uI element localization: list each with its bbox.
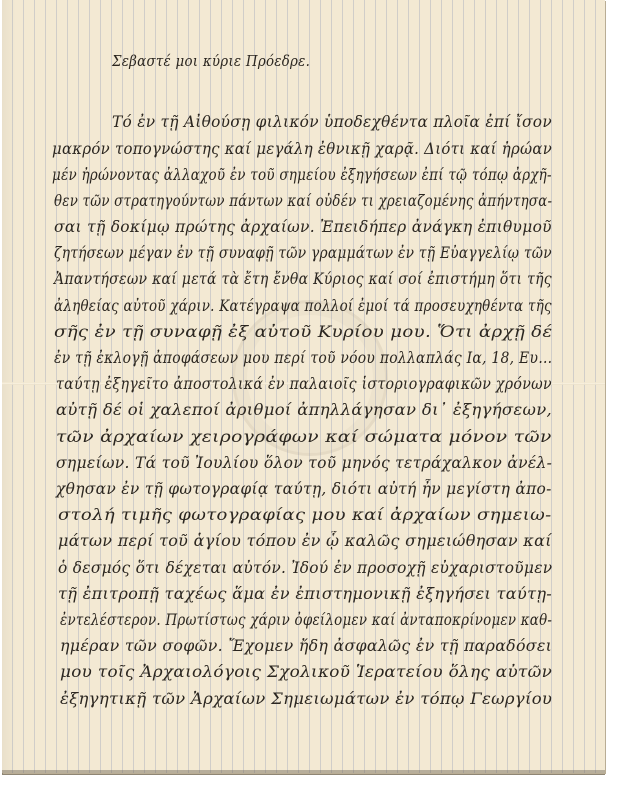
letter-line: ἐν τῇ ἐκλογῇ ἀποφάσεων μου περί τοῦ νόου…: [54, 349, 552, 367]
letter-line: μακρόν τοπογνώστης καί μεγάλη ἐθνικῇ χαρ…: [52, 140, 552, 158]
letter-line: στολή τιμῆς φωτογραφίας μου καί ἀρχαίων …: [58, 506, 552, 524]
letter-line: χθησαν ἐν τῇ φωτογραφίᾳ ταύτῃ, διότι αὐτ…: [56, 480, 552, 498]
letter-line: μάτων περί τοῦ ἁγίου τόπου ἐν ᾧ καλῶς ση…: [58, 532, 552, 550]
letter-line: ὁ δεσμός ὅτι δέχεται αὐτόν. Ἰδού ἐν προσ…: [58, 559, 552, 577]
letter-line: τῇ ἐπιτροπῇ ταχέως ἅμα ἐν ἐπιστημονικῇ ἐ…: [58, 585, 552, 603]
letter-line: μου τοῖς Ἀρχαιολόγοις Σχολικοῦ Ἱερατείου…: [60, 663, 552, 681]
letter-line: Τό ἐν τῇ Αἰθούσῃ φιλικόν ὑποδεχθέντα πλο…: [112, 113, 547, 131]
letter-line: τῶν ἀρχαίων χειρογράφων καί σώματα μόνον…: [56, 428, 552, 446]
letter-line: σαι τῇ δοκίμῳ πρώτης ἀρχαίων. Ἐπειδήπερ …: [54, 218, 552, 236]
letter-line: ἀληθείας αὐτοῦ χάριν. Κατέγραψα πολλοί ἐ…: [54, 297, 552, 315]
letter-line: ἐντελέστερον. Πρωτίστως χάριν ὀφείλομεν …: [60, 611, 552, 629]
letter-line: μέν ἠρώνοντας ἀλλαχοῦ ἐν τοῦ σημείου ἐξη…: [52, 166, 552, 184]
letter-line: Ἀπαντήσεων καί μετά τὰ ἔτη ἔνθα Κύριος κ…: [54, 270, 552, 288]
letter-line: ταύτῃ ἐξηγεῖτο ἀποστολικά ἐν παλαιοῖς ἱσ…: [56, 375, 552, 393]
letter-line: θεν τῶν στρατηγούντων πάντων καί οὐδέν τ…: [54, 192, 552, 210]
letter-line: σημείων. Τά τοῦ Ἰουλίου ὅλον τοῦ μηνός τ…: [56, 454, 552, 472]
letter-line: αὐτῇ δέ οἱ χαλεποί ἀριθμοί ἀπηλλάγησαν δ…: [56, 401, 552, 419]
letter-line: σῆς ἐν τῇ συναφῇ ἐξ αὐτοῦ Κυρίου μου. Ὅτ…: [54, 323, 553, 341]
letter-salutation: Σεβαστέ μοι κύριε Πρόεδρε.: [112, 52, 310, 70]
letter-line: ημέραν τῶν σοφῶν. Ἔχομεν ἤδη ἀσφαλῶς ἐν …: [60, 637, 552, 655]
letter-line: ἐξηγητικῇ τῶν Ἀρχαίων Σημειωμάτων ἐν τόπ…: [60, 690, 552, 708]
letter-line: ζητήσεων μέγαν ἐν τῇ συναφῇ τῶν γραμμάτω…: [54, 244, 552, 262]
